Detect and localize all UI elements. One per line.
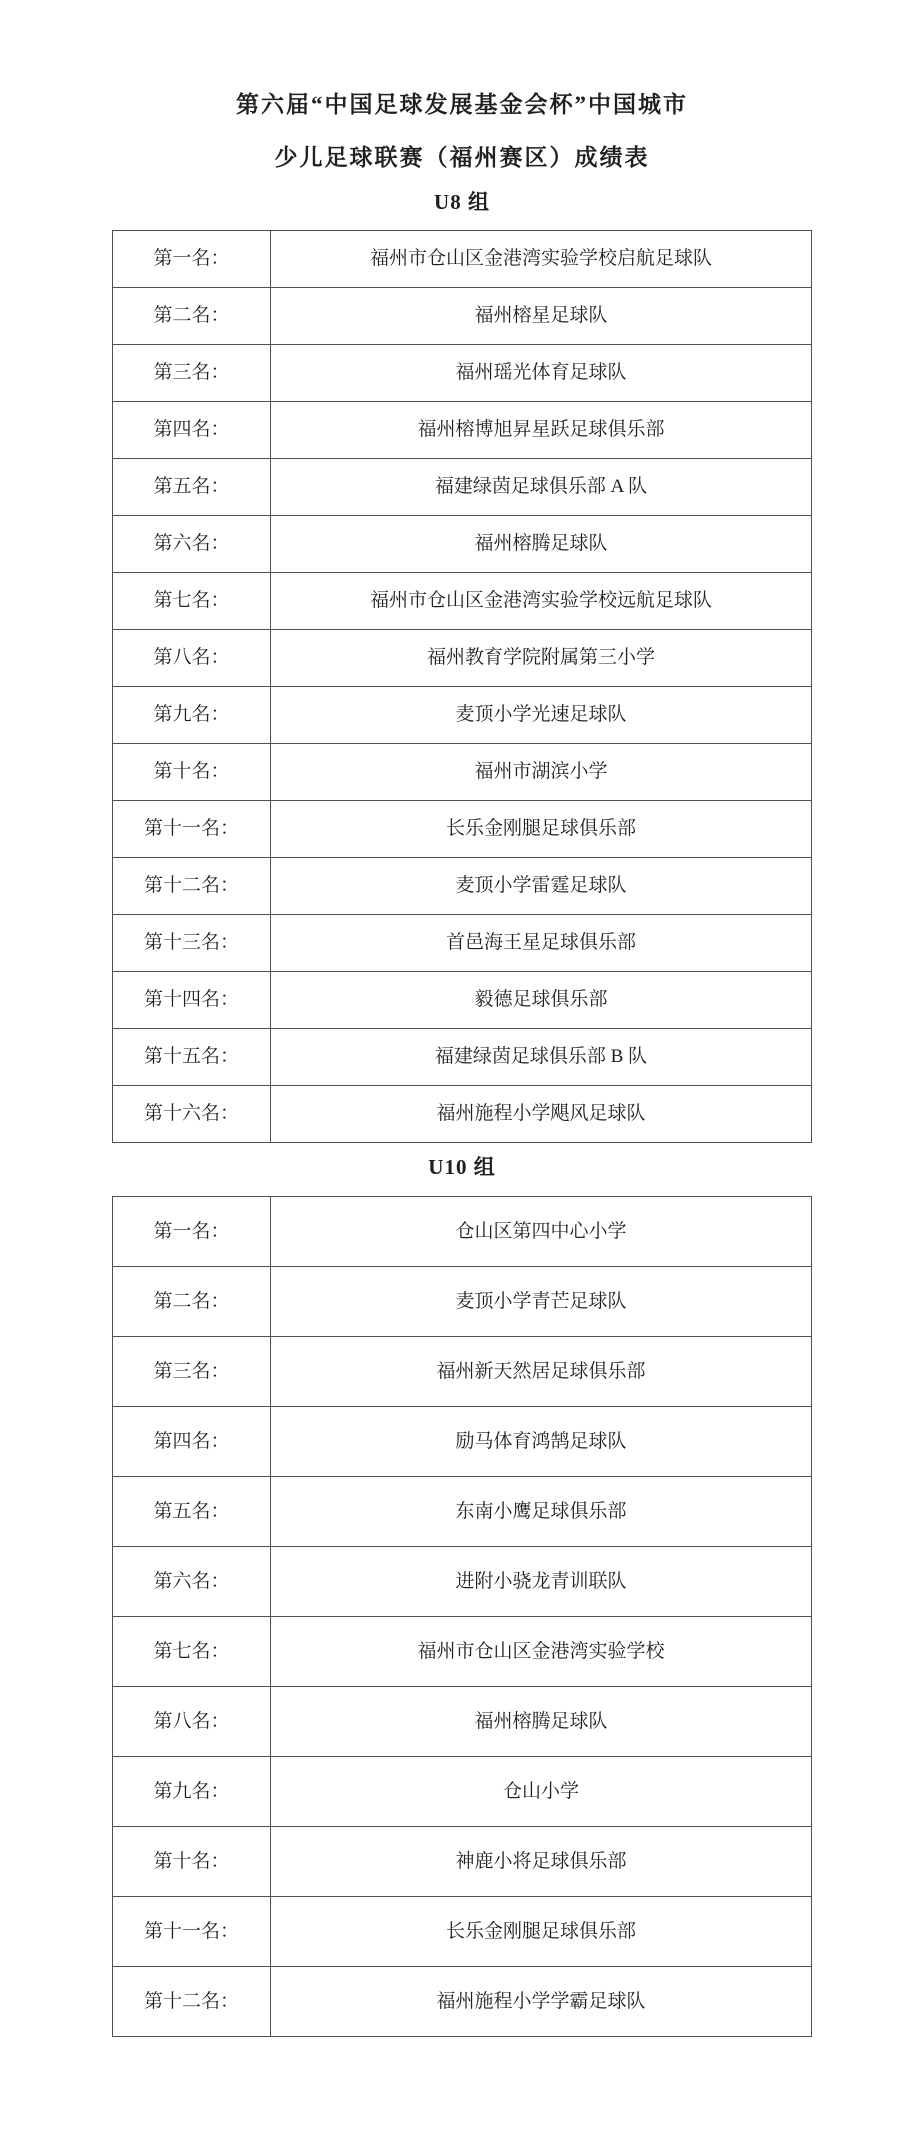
table-row: 第三名： 福州新天然居足球俱乐部 [113, 1337, 812, 1407]
team-cell: 福州市仓山区金港湾实验学校远航足球队 [271, 573, 812, 630]
team-cell: 福州瑶光体育足球队 [271, 345, 812, 402]
rank-cell: 第十二名： [113, 1967, 271, 2037]
team-cell: 励马体育鸿鹄足球队 [271, 1407, 812, 1477]
table-row: 第十三名： 首邑海王星足球俱乐部 [113, 915, 812, 972]
table-row: 第十二名： 福州施程小学学霸足球队 [113, 1967, 812, 2037]
rank-cell: 第一名： [113, 1197, 271, 1267]
table-row: 第一名： 福州市仓山区金港湾实验学校启航足球队 [113, 231, 812, 288]
table-row: 第六名： 福州榕腾足球队 [113, 516, 812, 573]
team-cell: 毅德足球俱乐部 [271, 972, 812, 1029]
table-row: 第二名： 福州榕星足球队 [113, 288, 812, 345]
rank-cell: 第十三名： [113, 915, 271, 972]
rank-cell: 第九名： [113, 1757, 271, 1827]
results-table-body: 第一名： 福州市仓山区金港湾实验学校启航足球队 第二名： 福州榕星足球队 第三名… [113, 231, 812, 1143]
table-row: 第七名： 福州市仓山区金港湾实验学校 [113, 1617, 812, 1687]
results-document: 第六届“中国足球发展基金会杯”中国城市 少儿足球联赛（福州赛区）成绩表 U8 组… [0, 0, 924, 2131]
rank-cell: 第十名： [113, 744, 271, 801]
document-title: 第六届“中国足球发展基金会杯”中国城市 少儿足球联赛（福州赛区）成绩表 [0, 0, 924, 171]
table-row: 第十一名： 长乐金刚腿足球俱乐部 [113, 801, 812, 858]
table-row: 第八名： 福州榕腾足球队 [113, 1687, 812, 1757]
group-list: U8 组 第一名： 福州市仓山区金港湾实验学校启航足球队 第二名： 福州榕星足球… [0, 188, 924, 2037]
team-cell: 福州施程小学学霸足球队 [271, 1967, 812, 2037]
title-line-2: 少儿足球联赛（福州赛区）成绩表 [0, 144, 924, 171]
table-row: 第十二名： 麦顶小学雷霆足球队 [113, 858, 812, 915]
rank-cell: 第十一名： [113, 801, 271, 858]
table-row: 第三名： 福州瑶光体育足球队 [113, 345, 812, 402]
team-cell: 仓山小学 [271, 1757, 812, 1827]
table-row: 第五名： 福建绿茵足球俱乐部 A 队 [113, 459, 812, 516]
table-row: 第一名： 仓山区第四中心小学 [113, 1197, 812, 1267]
group-section-u8: U8 组 第一名： 福州市仓山区金港湾实验学校启航足球队 第二名： 福州榕星足球… [0, 188, 924, 1143]
team-cell: 福州市仓山区金港湾实验学校 [271, 1617, 812, 1687]
table-row: 第二名： 麦顶小学青芒足球队 [113, 1267, 812, 1337]
rank-cell: 第十一名： [113, 1897, 271, 1967]
team-cell: 福建绿茵足球俱乐部 B 队 [271, 1029, 812, 1086]
team-cell: 东南小鹰足球俱乐部 [271, 1477, 812, 1547]
team-cell: 麦顶小学青芒足球队 [271, 1267, 812, 1337]
rank-cell: 第九名： [113, 687, 271, 744]
table-row: 第十四名： 毅德足球俱乐部 [113, 972, 812, 1029]
group-title: U10 组 [0, 1153, 924, 1181]
team-cell: 长乐金刚腿足球俱乐部 [271, 801, 812, 858]
table-row: 第十名： 神鹿小将足球俱乐部 [113, 1827, 812, 1897]
team-cell: 神鹿小将足球俱乐部 [271, 1827, 812, 1897]
team-cell: 麦顶小学光速足球队 [271, 687, 812, 744]
rank-cell: 第八名： [113, 630, 271, 687]
rank-cell: 第一名： [113, 231, 271, 288]
team-cell: 福州教育学院附属第三小学 [271, 630, 812, 687]
table-row: 第五名： 东南小鹰足球俱乐部 [113, 1477, 812, 1547]
table-row: 第四名： 励马体育鸿鹄足球队 [113, 1407, 812, 1477]
results-table-body: 第一名： 仓山区第四中心小学 第二名： 麦顶小学青芒足球队 第三名： 福州新天然… [113, 1197, 812, 2037]
rank-cell: 第二名： [113, 288, 271, 345]
results-table: 第一名： 福州市仓山区金港湾实验学校启航足球队 第二名： 福州榕星足球队 第三名… [112, 230, 812, 1143]
team-cell: 福州市湖滨小学 [271, 744, 812, 801]
rank-cell: 第十二名： [113, 858, 271, 915]
team-cell: 长乐金刚腿足球俱乐部 [271, 1897, 812, 1967]
group-title: U8 组 [0, 188, 924, 216]
rank-cell: 第二名： [113, 1267, 271, 1337]
rank-cell: 第十五名： [113, 1029, 271, 1086]
results-table: 第一名： 仓山区第四中心小学 第二名： 麦顶小学青芒足球队 第三名： 福州新天然… [112, 1196, 812, 2037]
rank-cell: 第六名： [113, 1547, 271, 1617]
table-row: 第十一名： 长乐金刚腿足球俱乐部 [113, 1897, 812, 1967]
team-cell: 福州新天然居足球俱乐部 [271, 1337, 812, 1407]
rank-cell: 第八名： [113, 1687, 271, 1757]
team-cell: 福州施程小学飓风足球队 [271, 1086, 812, 1143]
rank-cell: 第四名： [113, 1407, 271, 1477]
team-cell: 福州榕腾足球队 [271, 516, 812, 573]
rank-cell: 第十四名： [113, 972, 271, 1029]
rank-cell: 第五名： [113, 459, 271, 516]
team-cell: 福建绿茵足球俱乐部 A 队 [271, 459, 812, 516]
team-cell: 福州榕博旭昇星跃足球俱乐部 [271, 402, 812, 459]
rank-cell: 第七名： [113, 1617, 271, 1687]
rank-cell: 第三名： [113, 1337, 271, 1407]
team-cell: 麦顶小学雷霆足球队 [271, 858, 812, 915]
title-line-1: 第六届“中国足球发展基金会杯”中国城市 [0, 91, 924, 118]
table-row: 第七名： 福州市仓山区金港湾实验学校远航足球队 [113, 573, 812, 630]
rank-cell: 第六名： [113, 516, 271, 573]
table-row: 第九名： 仓山小学 [113, 1757, 812, 1827]
table-row: 第九名： 麦顶小学光速足球队 [113, 687, 812, 744]
rank-cell: 第五名： [113, 1477, 271, 1547]
team-cell: 福州市仓山区金港湾实验学校启航足球队 [271, 231, 812, 288]
rank-cell: 第四名： [113, 402, 271, 459]
table-row: 第十五名： 福建绿茵足球俱乐部 B 队 [113, 1029, 812, 1086]
team-cell: 首邑海王星足球俱乐部 [271, 915, 812, 972]
table-row: 第六名： 进附小骁龙青训联队 [113, 1547, 812, 1617]
team-cell: 仓山区第四中心小学 [271, 1197, 812, 1267]
team-cell: 进附小骁龙青训联队 [271, 1547, 812, 1617]
group-section-u10: U10 组 第一名： 仓山区第四中心小学 第二名： 麦顶小学青芒足球队 第三名：… [0, 1153, 924, 2037]
table-row: 第八名： 福州教育学院附属第三小学 [113, 630, 812, 687]
table-row: 第十六名： 福州施程小学飓风足球队 [113, 1086, 812, 1143]
team-cell: 福州榕腾足球队 [271, 1687, 812, 1757]
rank-cell: 第三名： [113, 345, 271, 402]
rank-cell: 第七名： [113, 573, 271, 630]
team-cell: 福州榕星足球队 [271, 288, 812, 345]
table-row: 第四名： 福州榕博旭昇星跃足球俱乐部 [113, 402, 812, 459]
table-row: 第十名： 福州市湖滨小学 [113, 744, 812, 801]
rank-cell: 第十六名： [113, 1086, 271, 1143]
rank-cell: 第十名： [113, 1827, 271, 1897]
